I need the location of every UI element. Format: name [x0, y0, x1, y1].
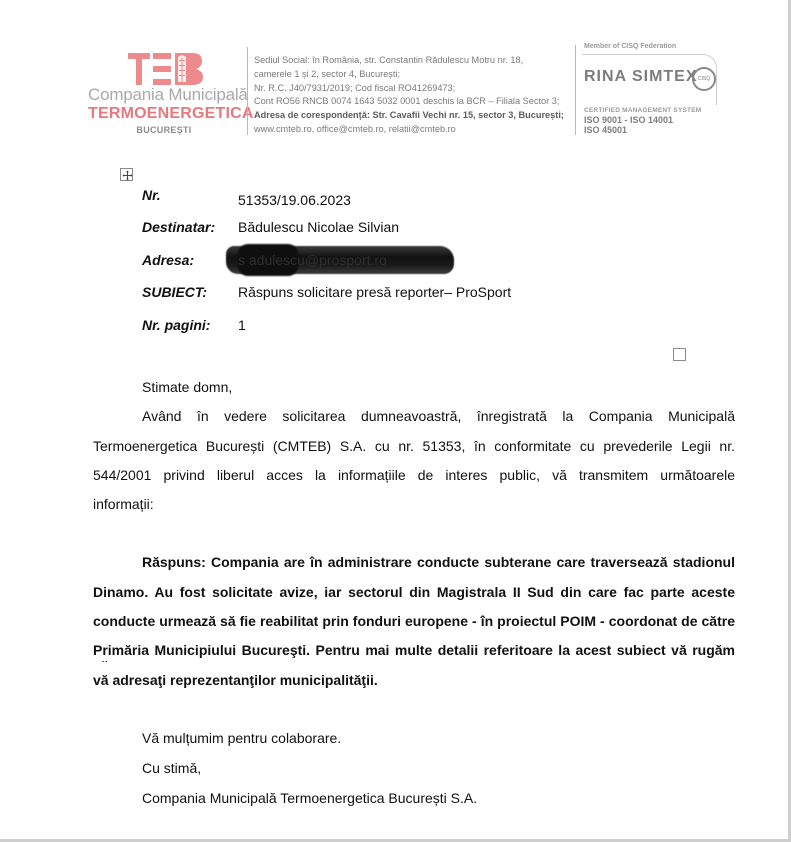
answer-line: vă adresaţi reprezentanţilor municipalit…	[93, 672, 378, 688]
pagini-label: Nr. pagini:	[142, 317, 210, 333]
move-arrows-icon	[121, 169, 134, 182]
teb-logo-icon	[128, 52, 203, 86]
thanks-text: Vă mulțumim pentru colaborare.	[142, 730, 341, 746]
logo-text-company: Compania Municipală	[88, 85, 240, 105]
logo-text-termoenergetica: TERMOENERGETICA	[88, 105, 240, 123]
intro-line: Termoenergetica București (CMTEB) S.A. c…	[93, 438, 735, 458]
closing-text: Cu stimă,	[142, 760, 201, 776]
certification-badge: Member of CISQ Federation RINA SIMTEX CI…	[582, 43, 722, 135]
letterhead-divider	[575, 45, 576, 135]
answer-line: conducte urmează să fie reabilitat prin …	[93, 613, 735, 633]
adresa-value-redacted: s adulescu@prosport.ro	[238, 252, 387, 268]
adresa-label: Adresa:	[142, 252, 194, 268]
nr-label: Nr.	[142, 187, 161, 203]
answer-line: Răspuns: Compania are în administrare co…	[142, 554, 735, 574]
cert-iso-line: ISO 45001	[584, 125, 627, 135]
answer-line: Dinamo. Au fost solicitate avize, iar se…	[93, 584, 735, 604]
signature-text: Compania Municipală Termoenergetica Bucu…	[142, 790, 477, 806]
cert-certifier-logo: RINA SIMTEX	[584, 68, 698, 86]
subiect-label: SUBIECT:	[142, 284, 207, 300]
answer-line: Primăria Municipiului Bucureşti. Pentru …	[93, 642, 735, 662]
company-info-line: Nr. R.C. J40/7931/2019; Cod fiscal RO412…	[254, 82, 574, 96]
cert-member-text: Member of CISQ Federation	[584, 43, 676, 50]
cisq-seal-icon: CISQ	[692, 67, 716, 91]
logo-text-city: BUCUREȘTI	[88, 125, 240, 135]
pagini-value: 1	[238, 317, 246, 333]
company-info-line: Cont RO56 RNCB 0074 1643 5032 0001 desch…	[254, 95, 574, 109]
intro-line: Având în vedere solicitarea dumneavoastr…	[142, 408, 735, 428]
table-end-cell-marker[interactable]	[673, 348, 686, 361]
correspondence-address: Adresa de corespondență: Str. Cavafii Ve…	[254, 109, 574, 123]
subiect-value: Răspuns solicitare presă reporter– ProSp…	[238, 284, 511, 300]
company-contacts: www.cmteb.ro, office@cmteb.ro, relatii@c…	[254, 123, 574, 137]
destinatar-label: Destinatar:	[142, 219, 215, 235]
intro-line: 544/2001 privind liberul acces la inform…	[93, 467, 735, 487]
cert-system-text: CERTIFIED MANAGEMENT SYSTEM	[584, 107, 701, 114]
nr-value: 51353/19.06.2023	[238, 192, 351, 208]
company-logo: Compania Municipală TERMOENERGETICA BUCU…	[88, 50, 240, 134]
company-info-line: camerele 1 și 2, sector 4, București;	[254, 68, 574, 82]
letterhead-divider	[247, 47, 248, 135]
intro-line: informații:	[93, 496, 154, 512]
destinatar-value: Bădulescu Nicolae Silvian	[238, 219, 399, 235]
table-move-handle[interactable]	[120, 168, 133, 181]
cert-iso-line: ISO 9001 - ISO 14001	[584, 115, 673, 125]
greeting: Stimate domn,	[142, 379, 232, 395]
company-info-block: Sediul Social: în România, str. Constant…	[254, 54, 574, 137]
company-info-line: Sediul Social: în România, str. Constant…	[254, 54, 574, 68]
